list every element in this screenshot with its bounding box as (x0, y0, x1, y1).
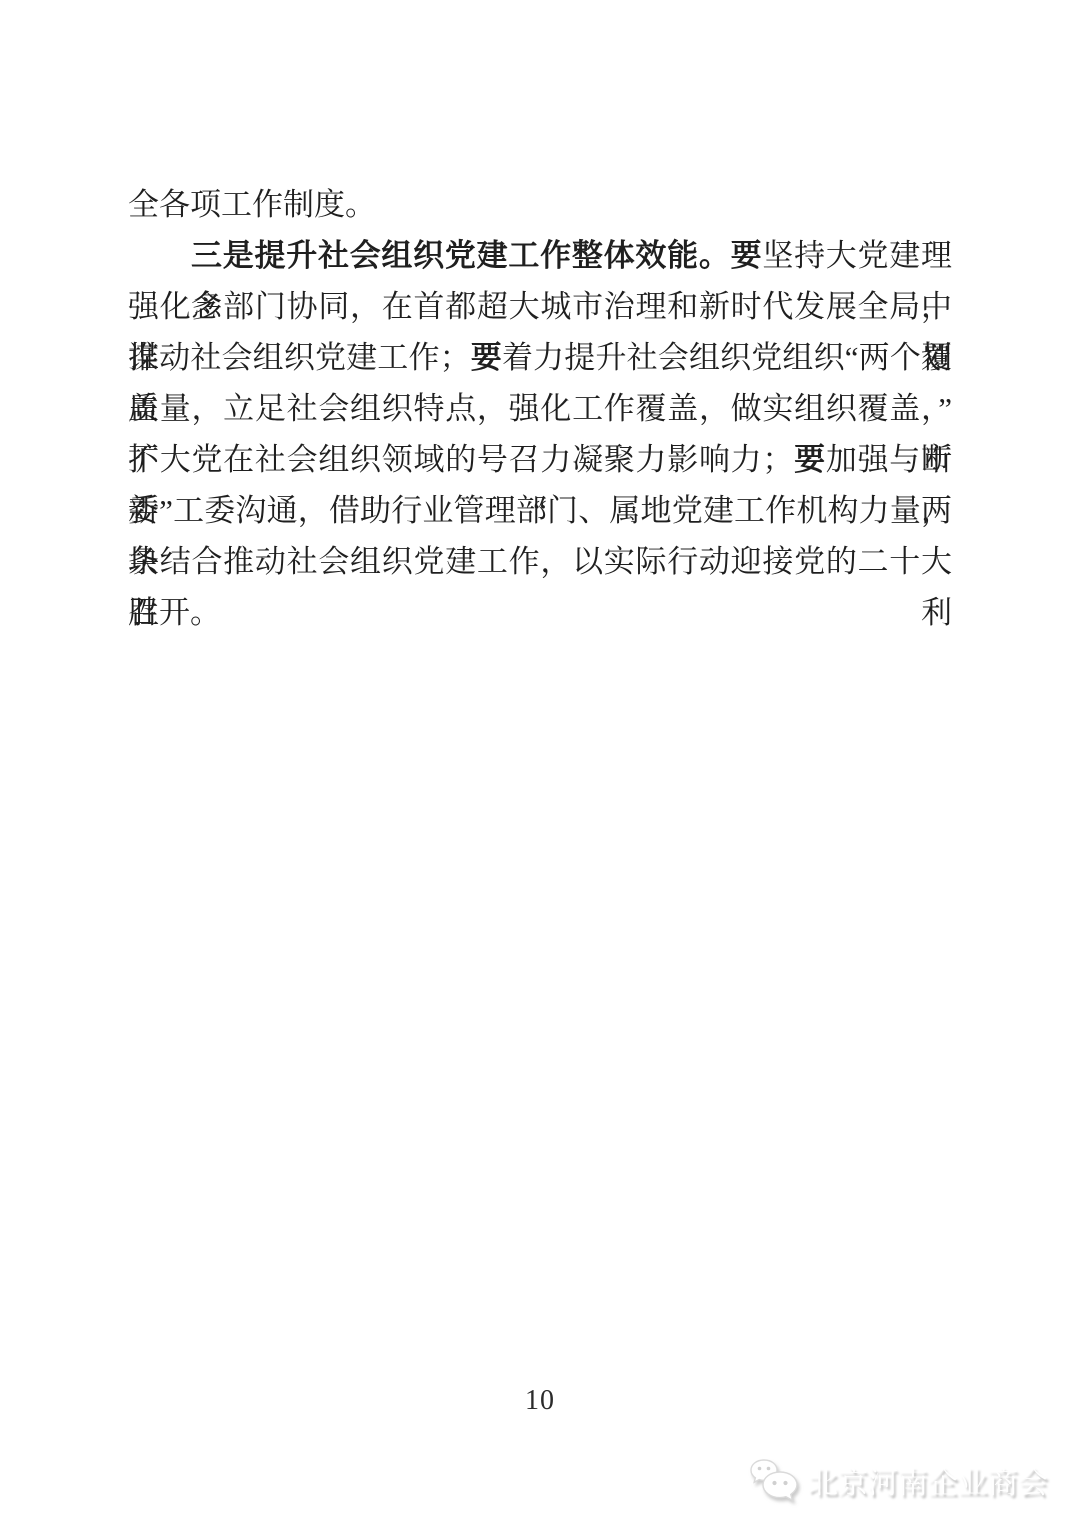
wechat-icon (749, 1458, 799, 1510)
text-line: 块结合推动社会组织党建工作，以实际行动迎接党的二十大胜利 (128, 536, 952, 587)
watermark: 北京河南企业商会 (749, 1458, 1048, 1510)
text-line: 强化多部门协同，在首都超大城市治理和新时代发展全局中谋划 (128, 281, 952, 332)
bold-text-run: 要 (731, 238, 763, 273)
text-line: 新”工委沟通，借助行业管理部门、属地党建工作机构力量，条 (128, 485, 952, 536)
bold-text-run: 要 (471, 340, 502, 375)
text-run: 召开。 (128, 595, 221, 630)
text-run: 块结合推动社会组织党建工作，以实际行动迎接党的二十大胜利 (128, 544, 952, 630)
text-run: 扩大党在社会组织领域的号召力凝聚力影响力； (128, 442, 793, 477)
document-page: 全各项工作制度。三是提升社会组织党建工作整体效能。要坚持大党建理念，强化多部门协… (0, 0, 1080, 1527)
text-line: 推动社会组织党建工作；要着力提升社会组织党组织“两个覆盖” (128, 332, 952, 383)
text-run: 全各项工作制度。 (128, 187, 376, 222)
text-line: 三是提升社会组织党建工作整体效能。要坚持大党建理念， (128, 230, 952, 281)
text-run: 推动社会组织党建工作； (128, 340, 471, 375)
page-number: 10 (0, 1385, 1080, 1417)
bold-text-run: 三是提升社会组织党建工作整体效能。 (191, 238, 731, 273)
text-line: 质量，立足社会组织特点，强化工作覆盖，做实组织覆盖，不断 (128, 383, 952, 434)
watermark-label: 北京河南企业商会 (808, 1458, 1048, 1510)
bold-text-run: 要 (793, 442, 825, 477)
text-line: 扩大党在社会组织领域的号召力凝聚力影响力；要加强与市委“两 (128, 434, 952, 485)
text-line: 全各项工作制度。 (128, 179, 952, 230)
document-body: 全各项工作制度。三是提升社会组织党建工作整体效能。要坚持大党建理念，强化多部门协… (128, 179, 952, 638)
